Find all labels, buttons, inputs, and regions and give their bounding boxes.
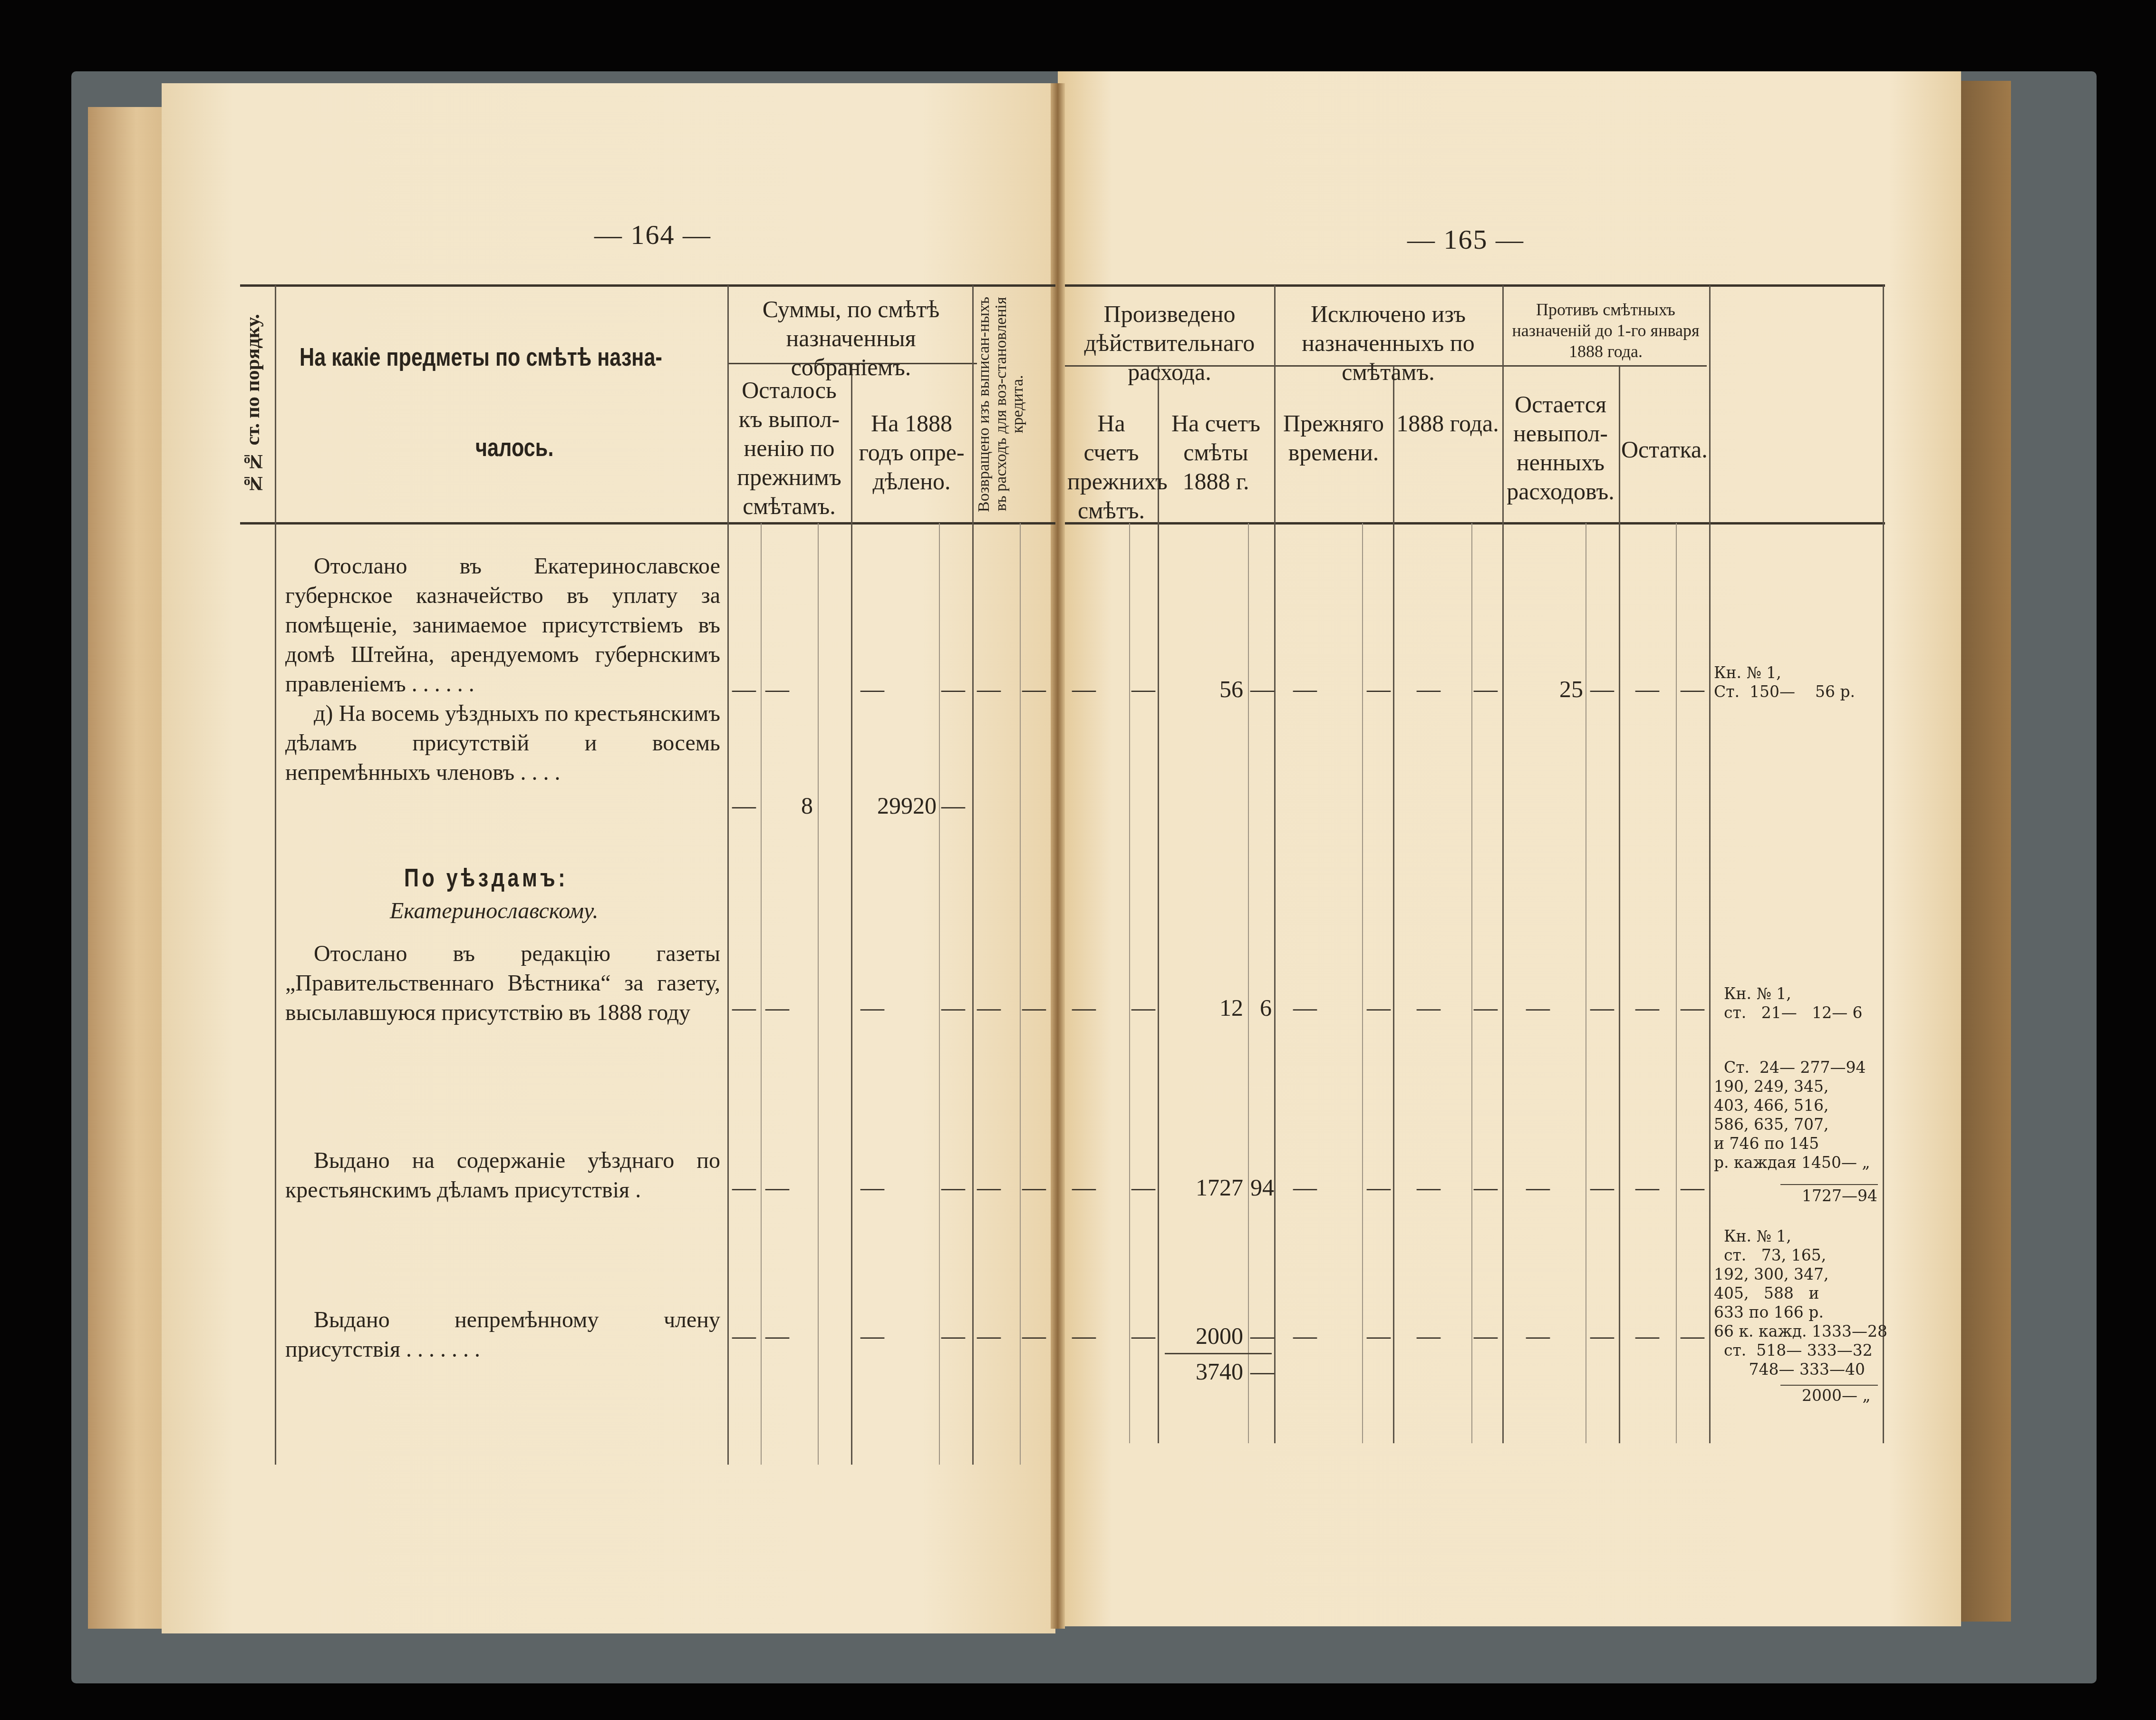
cell: — (1635, 1322, 1659, 1350)
cell: 29920 (856, 792, 937, 819)
cell: — (732, 1174, 756, 1201)
cell: — (1417, 1174, 1441, 1201)
cell: — (977, 675, 1001, 703)
cell: — (1590, 1322, 1614, 1350)
cell: — (1521, 1174, 1550, 1201)
header-col-prev-estimates: На счетъ прежнихъ смѣтъ. (1067, 409, 1155, 525)
cell: — (1635, 1174, 1659, 1201)
table-top-rule (1065, 284, 1885, 287)
header-col-remaining: Осталось къ выпол-ненію по прежнимъ смѣт… (730, 376, 849, 521)
cell: — (1681, 675, 1704, 703)
col-divider (1274, 285, 1276, 1443)
total-rub: 3740 (1160, 1358, 1243, 1385)
cell: — (1022, 1322, 1046, 1350)
header-col-1888-year: 1888 года. (1395, 409, 1500, 438)
subsection-heading: Екатеринославскому. (390, 896, 675, 926)
cell: — (1131, 1174, 1155, 1201)
cell: — (1417, 994, 1441, 1021)
cell: — (1293, 994, 1317, 1021)
row-2-text: д) На восемь уѣздныхъ по крестьянскимъ д… (285, 699, 720, 787)
cell: — (1250, 1322, 1272, 1350)
note-row-2: Кн. № 1, ст. 21— 12— 6 (1714, 984, 1863, 1022)
cell: — (856, 675, 884, 703)
note-row-4-total: 2000— „ (1802, 1386, 1871, 1405)
cell: — (1681, 1322, 1704, 1350)
cell: — (1072, 994, 1096, 1021)
header-col-1888: На 1888 годъ опре-дѣлено. (853, 409, 970, 496)
book-gutter (1051, 83, 1065, 1629)
cell: — (1367, 994, 1391, 1021)
cell: — (765, 1322, 789, 1350)
header-col-items-line2: чалось. (475, 433, 553, 462)
page-number-right: — 165 — (1407, 224, 1524, 255)
col-divider (1586, 523, 1586, 1443)
cell: — (1250, 675, 1272, 703)
header-group-actual: Произведено дѣйствительнаго расхода. (1067, 300, 1272, 387)
cell: — (941, 675, 965, 703)
cell: 2000 (1160, 1322, 1243, 1350)
header-col-returned: Возвращено изъ выписан-ныхъ въ расходъ д… (976, 290, 1052, 518)
col-divider (1619, 366, 1620, 1443)
header-col-1888-estimate: На счетъ смѣты 1888 г. (1160, 409, 1272, 496)
row-4-text: Отослано въ редакцію газеты „Правительст… (285, 939, 720, 1028)
note-sum-rule (1780, 1385, 1878, 1386)
cell: — (1131, 994, 1155, 1021)
cell: — (941, 994, 965, 1021)
note-row-3: Ст. 24— 277—94 190, 249, 345, 403, 466, … (1714, 1058, 1870, 1172)
col-divider (1248, 523, 1249, 1443)
cell: — (1635, 994, 1659, 1021)
cell: — (732, 1322, 756, 1350)
row-1-text: Отослано въ Екатеринославское губернское… (285, 552, 720, 699)
cell: 8 (780, 792, 813, 819)
col-divider (818, 523, 819, 1465)
cell: — (1590, 675, 1614, 703)
note-row-1: Кн. № 1, Ст. 150— 56 р. (1714, 663, 1855, 701)
note-row-3-total: 1727—94 (1802, 1186, 1877, 1205)
cell: — (732, 994, 756, 1021)
cell: — (1474, 675, 1498, 703)
header-col-items-line1: На какіе предметы по смѣтѣ назна- (300, 342, 662, 372)
col-divider (851, 364, 852, 1465)
note-sum-rule (1780, 1184, 1878, 1185)
cell: — (1131, 1322, 1155, 1350)
cell: — (1293, 1174, 1317, 1201)
table-top-rule (240, 284, 1055, 287)
col-divider (1158, 366, 1159, 1443)
cell: — (941, 792, 965, 819)
cell: — (732, 792, 756, 819)
cell: — (1072, 1174, 1096, 1201)
cell: — (1474, 1174, 1498, 1201)
cell: — (765, 1174, 789, 1201)
row-5-text: Выдано на содержаніе уѣзднаго по крестья… (285, 1146, 720, 1205)
cell: — (977, 1322, 1001, 1350)
header-sums-group: Суммы, по смѣтѣ назначенныя собраніемъ. (730, 295, 972, 382)
col-divider (761, 523, 762, 1465)
col-divider (1676, 523, 1677, 1443)
cell: 56 (1160, 675, 1243, 703)
col-divider (1709, 285, 1711, 1443)
row-6-text: Выдано непремѣнному члену присутствія . … (285, 1305, 720, 1364)
col-divider (939, 523, 940, 1465)
page-edges-right (1959, 81, 2011, 1622)
col-divider (1502, 285, 1504, 1443)
cell: — (977, 1174, 1001, 1201)
cell: — (1022, 1174, 1046, 1201)
cell: — (941, 1322, 965, 1350)
cell: — (1293, 1322, 1317, 1350)
cell: — (1367, 1174, 1391, 1201)
total-kop: — (1250, 1358, 1272, 1385)
cell: 25 (1507, 675, 1583, 703)
cell: — (732, 675, 756, 703)
col-divider (275, 285, 276, 1465)
cell: 1727 (1160, 1174, 1243, 1201)
col-divider (1471, 523, 1472, 1443)
cell: — (1590, 1174, 1614, 1201)
cell: — (765, 675, 789, 703)
cell: — (1072, 675, 1096, 703)
cell: — (1293, 675, 1317, 703)
cell: — (765, 994, 789, 1021)
page-edges-left (88, 107, 169, 1629)
header-bottom-rule (240, 522, 1055, 525)
cell: — (1131, 675, 1155, 703)
cell: — (1072, 1322, 1096, 1350)
cell: — (941, 1174, 965, 1201)
header-group-excluded: Исключено изъ назначенныхъ по смѣтамъ. (1276, 300, 1500, 387)
header-col-number: №№ ст. по порядку. (242, 290, 272, 518)
cell: — (1635, 675, 1659, 703)
cell: — (1417, 675, 1441, 703)
col-divider (1020, 523, 1021, 1465)
cell: — (1417, 1322, 1441, 1350)
cell: — (977, 994, 1001, 1021)
header-col-surplus: Остатка. (1621, 435, 1707, 464)
header-bottom-rule (1065, 522, 1885, 525)
col-divider (1129, 523, 1130, 1443)
header-col-unfulfilled: Остается невыпол-ненныхъ расходовъ. (1505, 390, 1616, 506)
cell: — (1022, 675, 1046, 703)
note-row-4: Кн. № 1, ст. 73, 165, 192, 300, 347, 405… (1714, 1227, 1887, 1379)
cell: — (1521, 1322, 1550, 1350)
cell: — (1521, 994, 1550, 1021)
cell: — (1590, 994, 1614, 1021)
total-rule (1165, 1353, 1272, 1354)
cell: — (856, 1322, 884, 1350)
col-divider (727, 285, 729, 1465)
col-divider (1393, 366, 1394, 1443)
cell: — (1022, 994, 1046, 1021)
cell: 12 (1160, 994, 1243, 1021)
cell: — (1367, 1322, 1391, 1350)
cell: 6 (1250, 994, 1272, 1021)
cell: 94 (1250, 1174, 1272, 1201)
cell: — (1367, 675, 1391, 703)
page-number-left: — 164 — (594, 219, 711, 251)
section-heading: По уѣздамъ: (404, 863, 568, 893)
cell: — (1474, 994, 1498, 1021)
col-divider (1362, 523, 1363, 1443)
cell: — (1681, 994, 1704, 1021)
header-col-prev-time: Прежняго времени. (1276, 409, 1391, 467)
header-group-against: Противъ смѣтныхъ назначеній до 1-го янва… (1505, 300, 1707, 362)
cell: — (856, 1174, 884, 1201)
col-divider (972, 285, 974, 1465)
cell: — (1681, 1174, 1704, 1201)
cell: — (856, 994, 884, 1021)
cell: — (1474, 1322, 1498, 1350)
